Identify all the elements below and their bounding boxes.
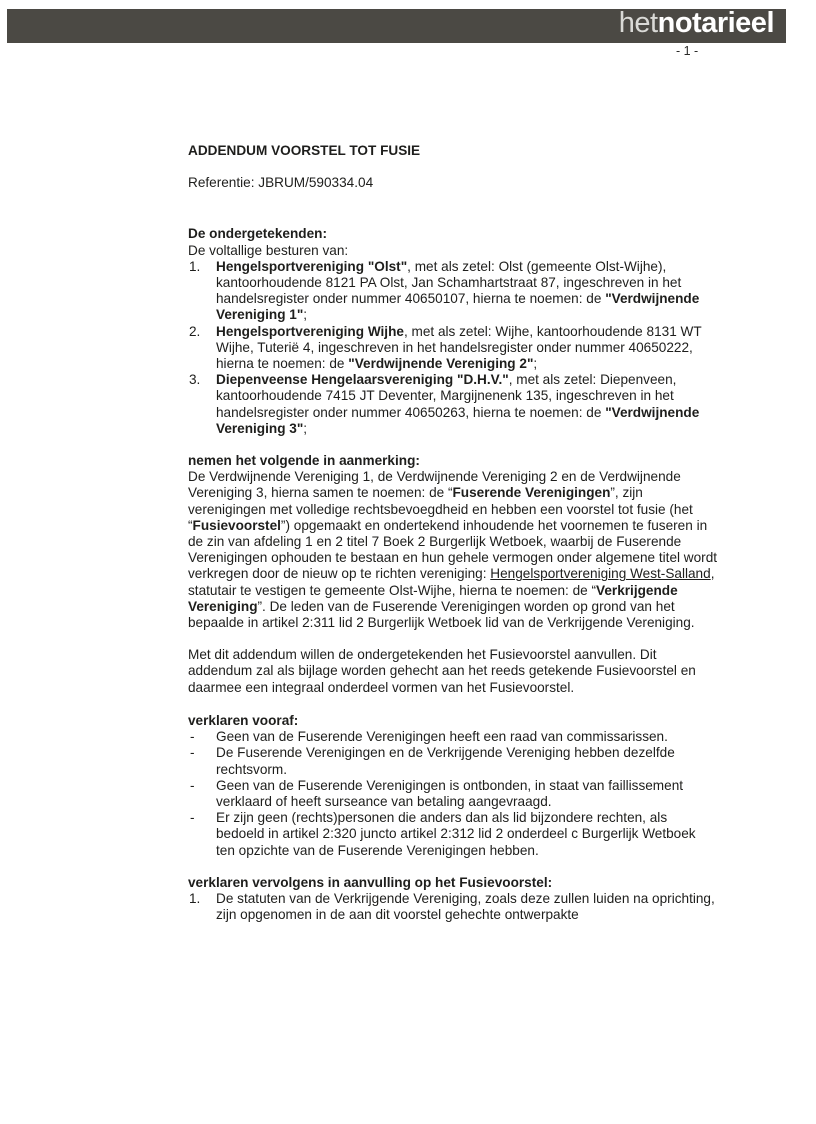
- logo-bold-part: notarieel: [658, 7, 774, 39]
- signatories-heading: De ondergetekenden:: [188, 226, 718, 242]
- header-bar: hetnotarieel: [7, 9, 786, 43]
- party-item: 3. Diepenveense Hengelaarsvereniging "D.…: [188, 372, 718, 437]
- text-run: ”. De leden van de Fuserende Vereniginge…: [188, 599, 695, 630]
- document-body: ADDENDUM VOORSTEL TOT FUSIE Referentie: …: [188, 143, 718, 923]
- consideration-heading: nemen het volgende in aanmerking:: [188, 453, 718, 469]
- dash-bullet: -: [190, 745, 195, 761]
- declare-beforehand-section: verklaren vooraf: -Geen van de Fuserende…: [188, 713, 718, 859]
- document-title: ADDENDUM VOORSTEL TOT FUSIE: [188, 143, 718, 159]
- party-number: 1.: [189, 259, 200, 275]
- signatories-intro: De voltallige besturen van:: [188, 243, 718, 259]
- defined-term: Fusievoorstel: [193, 518, 281, 533]
- signatories-section: De ondergetekenden: De voltallige bestur…: [188, 226, 718, 437]
- consideration-section: nemen het volgende in aanmerking: De Ver…: [188, 453, 718, 631]
- new-association-name: Hengelsportvereniging West-Salland: [490, 566, 710, 581]
- parties-list: 1. Hengelsportvereniging "Olst", met als…: [188, 259, 718, 437]
- addition-text: De statuten van de Verkrijgende Verenigi…: [216, 891, 715, 922]
- party-name: Hengelsportvereniging "Olst": [216, 259, 407, 274]
- party-name: Hengelsportvereniging Wijhe: [216, 324, 404, 339]
- defined-term: Fuserende Verenigingen: [453, 485, 611, 500]
- addition-item: 1. De statuten van de Verkrijgende Veren…: [188, 891, 718, 923]
- intent-paragraph: Met dit addendum willen de ondergetekend…: [188, 647, 718, 696]
- declaration-item: -De Fuserende Verenigingen en de Verkrij…: [188, 745, 718, 777]
- dash-bullet: -: [190, 810, 195, 826]
- dash-bullet: -: [190, 729, 195, 745]
- brand-logo: hetnotarieel: [619, 9, 774, 38]
- declaration-text: Geen van de Fuserende Verenigingen heeft…: [216, 729, 668, 744]
- declarations-list: -Geen van de Fuserende Verenigingen heef…: [188, 729, 718, 859]
- party-end: ;: [533, 356, 537, 371]
- declare-further-heading: verklaren vervolgens in aanvulling op he…: [188, 875, 718, 891]
- party-item: 2. Hengelsportvereniging Wijhe, met als …: [188, 324, 718, 373]
- party-item: 1. Hengelsportvereniging "Olst", met als…: [188, 259, 718, 324]
- declare-beforehand-heading: verklaren vooraf:: [188, 713, 718, 729]
- declaration-item: -Er zijn geen (rechts)personen die ander…: [188, 810, 718, 859]
- party-name: Diepenveense Hengelaarsvereniging "D.H.V…: [216, 372, 509, 387]
- party-number: 2.: [189, 324, 200, 340]
- consideration-paragraph: De Verdwijnende Vereniging 1, de Verdwij…: [188, 469, 718, 631]
- page-number: - 1 -: [676, 44, 698, 58]
- declaration-text: Geen van de Fuserende Verenigingen is on…: [216, 778, 683, 809]
- logo-light-part: het: [619, 7, 658, 39]
- declaration-text: Er zijn geen (rechts)personen die anders…: [216, 810, 696, 857]
- declare-further-section: verklaren vervolgens in aanvulling op he…: [188, 875, 718, 924]
- additions-list: 1. De statuten van de Verkrijgende Veren…: [188, 891, 718, 923]
- declaration-item: -Geen van de Fuserende Verenigingen is o…: [188, 778, 718, 810]
- declaration-item: -Geen van de Fuserende Verenigingen heef…: [188, 729, 718, 745]
- party-number: 3.: [189, 372, 200, 388]
- document-reference: Referentie: JBRUM/590334.04: [188, 175, 718, 191]
- addition-number: 1.: [189, 891, 200, 907]
- party-end: ;: [303, 307, 307, 322]
- party-alias: "Verdwijnende Vereniging 2": [348, 356, 533, 371]
- party-end: ;: [303, 421, 307, 436]
- declaration-text: De Fuserende Verenigingen en de Verkrijg…: [216, 745, 675, 776]
- dash-bullet: -: [190, 778, 195, 794]
